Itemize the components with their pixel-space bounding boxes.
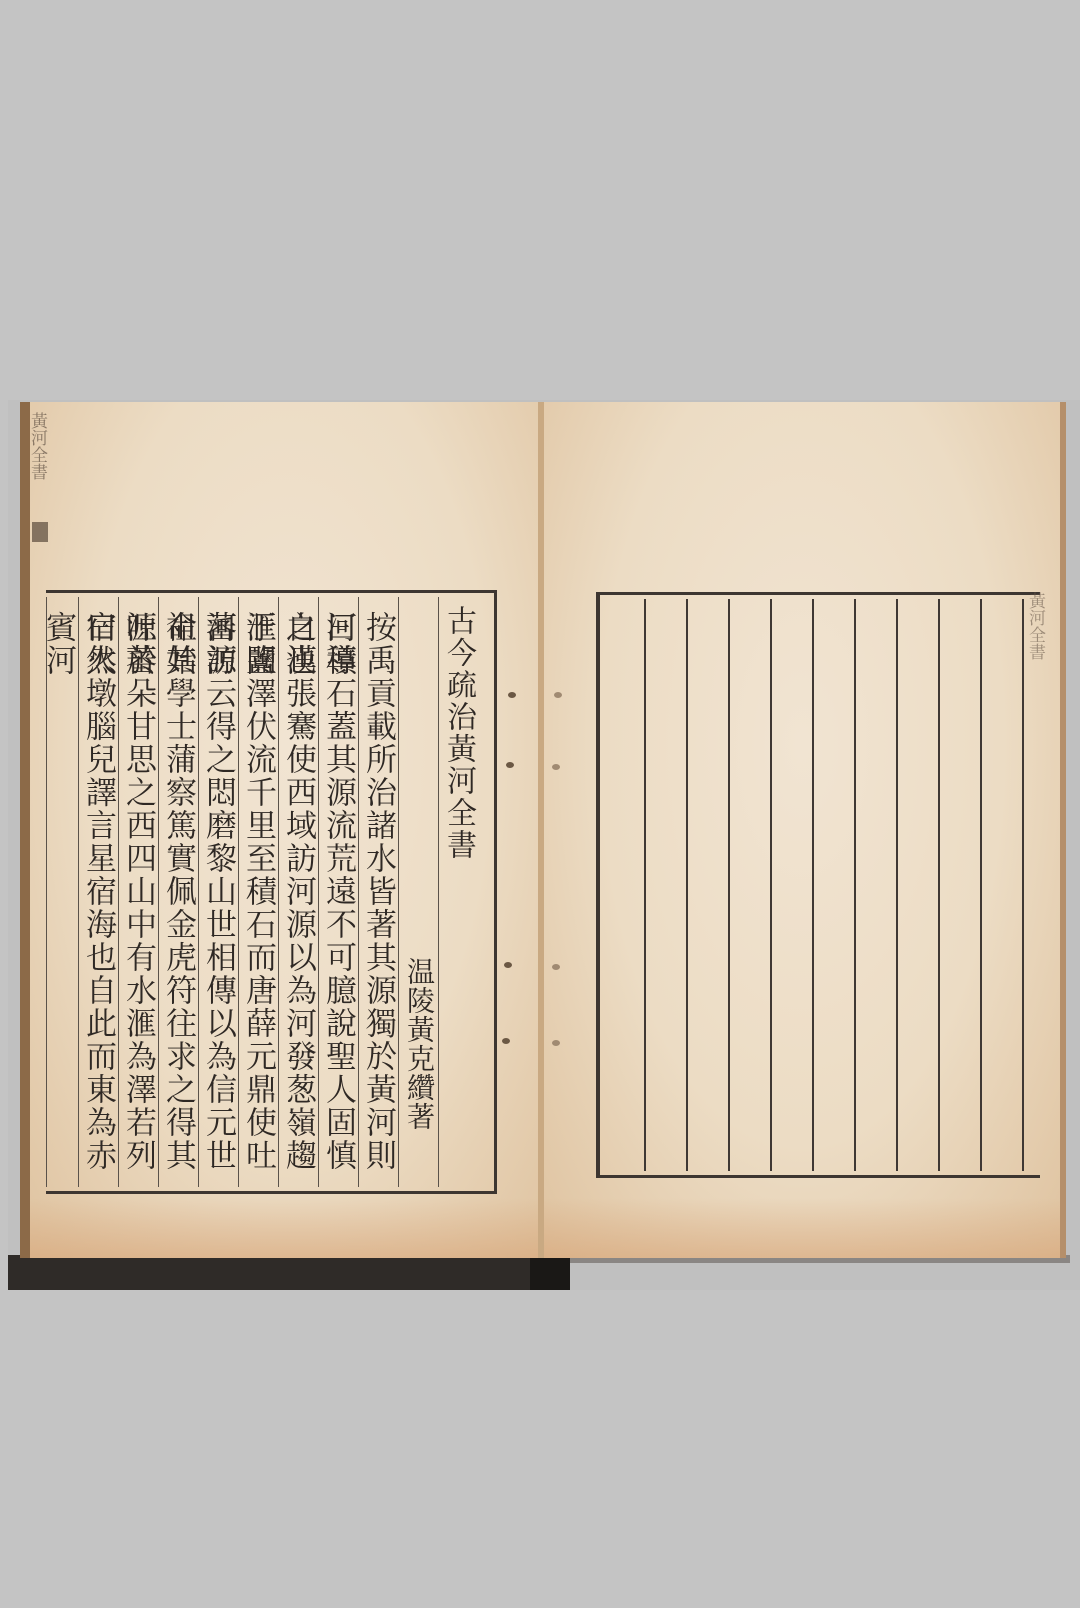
ruled-line (938, 599, 940, 1171)
wormhole (552, 764, 560, 770)
ruled-line (854, 599, 856, 1171)
book-shadow (8, 1255, 556, 1290)
ruled-line (1022, 599, 1024, 1171)
ruled-line (686, 599, 688, 1171)
ruled-line (770, 599, 772, 1171)
wormhole (554, 692, 562, 698)
wormhole (508, 692, 516, 698)
wormhole (552, 1040, 560, 1046)
author-column: 温陵黃克纘著 (398, 597, 438, 1187)
text-column: 河積石蓋其源流荒遠不可臆說聖人固慎之也 (318, 597, 358, 1187)
text-column: 滙鹽澤伏流千里至積石而唐薛元鼎使吐蕃訪 (238, 597, 278, 1187)
text-column: 河源云得之悶磨黎山世相傳以為信元世祖始 (198, 597, 238, 1187)
block-heart-title: 黃河全書 (32, 412, 50, 480)
right-page: 黃河全書 (544, 402, 1066, 1258)
ruled-line (896, 599, 898, 1171)
ruled-line (644, 599, 646, 1171)
printed-frame: 古今疏治黃河全書 温陵黃克纘著 按禹貢載所治諸水皆著其源獨於黃河則曰導 河積石蓋… (46, 590, 497, 1194)
spine-shadow (530, 1255, 570, 1290)
margin-column (46, 597, 78, 1187)
block-heart-title: 黃河全書 (1030, 592, 1048, 660)
text-column: 按禹貢載所治諸水皆著其源獨於黃河則曰導 (358, 597, 398, 1187)
ruled-frame (596, 592, 1040, 1178)
wormhole (504, 962, 512, 968)
author-line: 温陵黃克纘著 (399, 957, 439, 1131)
text-column: 吐蕃朵甘思之西四山中有水滙為澤若列宿然 (118, 597, 158, 1187)
text-column: 命其學士蒲察篤實佩金虎符往求之得其源於 (158, 597, 198, 1187)
title-column: 古今疏治黃河全書 (438, 597, 478, 1187)
ruled-line (980, 599, 982, 1171)
wormhole (502, 1038, 510, 1044)
wormhole (552, 964, 560, 970)
text-column: 自漢張騫使西域訪河源以為河發葱嶺趨于闐 (278, 597, 318, 1187)
text-column: 曰火墩腦兒譯言星宿海也自此而東為赤賓河 (78, 597, 118, 1187)
ruled-line (812, 599, 814, 1171)
wormhole (506, 762, 514, 768)
left-page: 黃河全書 古今疏治黃河全書 温陵黃克纘著 按禹貢載所治諸水皆著其源獨於黃河則曰導… (20, 402, 548, 1258)
fish-tail-mark (32, 522, 48, 542)
ruled-line (728, 599, 730, 1171)
